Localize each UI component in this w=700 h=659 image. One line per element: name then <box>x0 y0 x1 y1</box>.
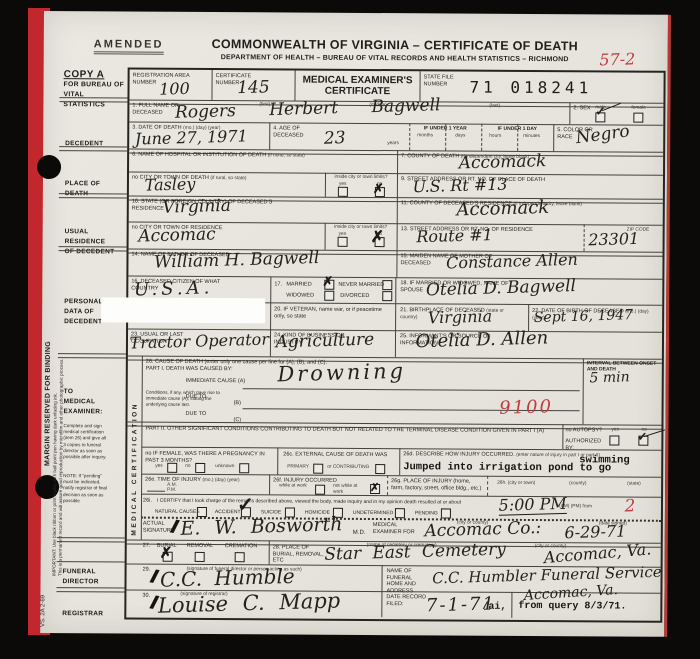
section-to-medical-examiner: TOMEDICALEXAMINER: <box>64 387 103 416</box>
registration-area-value: 100 <box>159 79 190 99</box>
mother-name-value: Constance Allen <box>446 250 578 273</box>
field26g-label: 26g. PLACE OF INJURY (home, farm, factor… <box>391 478 483 492</box>
external-or-contributing: or CONTRIBUTING <box>327 465 369 471</box>
conditions-note: Conditions, if any, which gave rise to i… <box>146 390 232 409</box>
cause-a-value: Drowning <box>277 359 406 387</box>
pregnancy-yes-checkbox <box>167 463 177 473</box>
autopsy-yes-checkbox <box>609 435 619 445</box>
state-file-value: 71 018241 <box>469 78 592 98</box>
cremation-checkbox <box>235 552 245 562</box>
injury-at-work-checkbox <box>315 485 325 495</box>
pregnancy-no-checkbox <box>195 463 205 473</box>
never-married-checkbox <box>382 280 392 290</box>
certificate-paper: MARGIN RESERVED FOR BINDING IMPORTANT: U… <box>40 11 671 637</box>
examiner-date-signed: 6-29-71 <box>564 521 626 542</box>
examiner-signature: E. W. Bosworth <box>180 513 343 540</box>
red-code-annotation: 57-2 <box>599 49 635 69</box>
spouse-name-value: Otelia D. Bagwell <box>426 276 577 300</box>
zip-value: 23301 <box>588 229 639 249</box>
residence-city-value: Accomac <box>138 224 216 246</box>
certificate-subtitle: DEPARTMENT OF HEALTH – BUREAU OF VITAL R… <box>174 54 616 64</box>
examiner-note: Complete and sign medical certification … <box>63 423 107 460</box>
certificate-title: COMMONWEALTH OF VIRGINIA – CERTIFICATE O… <box>194 37 596 53</box>
field4-label: 4. AGE OF DECEASED <box>273 125 323 138</box>
field26i-number: 26i. <box>143 498 152 505</box>
residence-street-value: Route #1 <box>416 225 493 246</box>
field28-label: 28. PLACE OF BURIAL, REMOVAL, ETC <box>273 544 329 564</box>
interval-value: 5 min <box>589 369 630 386</box>
field30-number: 30. <box>142 593 150 600</box>
margin-important-text: IMPORTANT: Use black ribbon or print leg… <box>52 146 67 576</box>
section-personal-data: PERSONALDATA OFDECEDENT <box>64 297 103 326</box>
sex-male-checkmark: ✓ <box>595 105 605 117</box>
field20-label: 20. IF VETERAN, name war, or if peacetim… <box>274 306 384 320</box>
section-usual-residence: USUALRESIDENCEOF DECEDENT <box>65 227 115 257</box>
field26c-label: 26c. EXTERNAL CAUSE OF DEATH WAS <box>283 451 393 458</box>
date-of-birth-value: Sept 16, 1947 <box>534 307 634 326</box>
copy-label: COPY A <box>64 69 128 80</box>
certificate-number-value: 145 <box>237 77 270 98</box>
date-filed-label: DATE RECORD FILED: <box>386 594 428 607</box>
pending-checkbox <box>441 508 451 518</box>
burial-checkmark: ✗ <box>160 546 173 561</box>
external-primary-checkbox <box>313 464 323 474</box>
external-contributing-checkbox <box>375 464 385 474</box>
death-limits-yes-checkbox <box>338 187 348 197</box>
pending-note: NOTE: If "pending" must be indicated, no… <box>63 473 107 504</box>
death-street-value: U.S. Rt #13 <box>412 175 508 197</box>
burial-place-value: Star East Cemetery <box>324 540 506 565</box>
city-of-death-value: Tasley <box>144 174 195 194</box>
divorced-checkbox <box>382 291 392 301</box>
state-file-label: STATE FILE NUMBER <box>424 74 464 87</box>
undetermined-checkbox <box>395 508 405 518</box>
field27-number: 27. <box>143 543 151 550</box>
clerk-initials: /ai, <box>482 602 506 613</box>
widowed-checkbox <box>324 291 334 301</box>
registrar-signature: Louise C. Mapp <box>158 588 341 617</box>
cause-code-red: 9100 <box>499 396 553 419</box>
informant-value: Otelia D. Allen <box>415 327 548 352</box>
removal-checkbox <box>195 552 205 562</box>
injury-description-overflow: swimming <box>579 454 629 466</box>
form-grid: MEDICAL CERTIFICATION REGISTRATION AREA … <box>124 68 665 623</box>
section-registrar: REGISTRAR <box>62 609 103 619</box>
residence-county-value: Accomack <box>456 197 549 221</box>
res-limits-yes-checkbox <box>338 237 348 247</box>
field6-label: 6. NAME OF HOSPITAL OR INSTITUTION OF DE… <box>132 152 322 160</box>
field26a-label: no AUTOPSY? <box>565 427 602 434</box>
medical-certification-label: MEDICAL CERTIFICATION <box>131 402 139 536</box>
death-time-value: 5:00 PM <box>498 494 567 516</box>
section-funeral-director: FUNERALDIRECTOR <box>62 567 98 587</box>
redaction-box <box>101 297 265 323</box>
natural-causes-checkbox <box>197 507 207 517</box>
field29-number: 29. <box>143 567 151 574</box>
certificate-type: MEDICAL EXAMINER'S CERTIFICATE <box>297 75 417 98</box>
part2-label: PART II. OTHER SIGNIFICANT CONDITIONS CO… <box>145 426 545 435</box>
scanned-death-certificate: { "colors":{"binding_strip":"#c1272d","p… <box>0 0 700 659</box>
funeral-home-label: NAME OF FUNERAL HOME AND ADDRESS <box>386 568 428 595</box>
pen-flourish-2 <box>149 569 159 582</box>
examiner-locality-value: Accomac Co.: <box>424 518 541 541</box>
form-code: VS. 2A 2-69 <box>40 595 46 627</box>
field26b-label: no IF FEMALE, WAS THERE A PREGNANCY IN P… <box>145 451 269 465</box>
field26h-label: 26h. (city or town) <box>497 481 535 487</box>
query-note: from query 8/3/71. <box>518 601 626 613</box>
county-of-death-value: Accomack <box>458 151 546 174</box>
field26e-label: 26e. TIME OF INJURY (mo.) (day) (year) <box>145 477 265 484</box>
immediate-cause-label: IMMEDIATE CAUSE (A) <box>186 378 246 385</box>
occupation-value: Tractor Operator <box>129 330 269 353</box>
amended-stamp: AMENDED <box>94 38 164 54</box>
authorized-by-label: AUTHORIZED BY: <box>565 438 605 451</box>
certify-statement: I CERTIFY that I took charge of the rema… <box>157 498 497 506</box>
accident-checkmark: ✓ <box>237 494 254 514</box>
copy-label-block: COPY A FOR BUREAU OF VITAL STATISTICS <box>63 69 127 111</box>
funeral-director-signature: C.C. Humble <box>160 564 295 592</box>
examiner-for-label: MEDICAL EXAMINER FOR <box>373 522 419 535</box>
copy-sub1: FOR BUREAU OF <box>64 80 128 91</box>
margin-important-line2: This is a permanent record and will assu… <box>58 146 67 576</box>
residence-state-value: Virginia <box>162 196 231 218</box>
sex-female-checkbox <box>633 113 643 123</box>
field2-label: 2. SEX <box>573 105 590 112</box>
father-name-value: William H. Bagwell <box>154 248 320 273</box>
age-value: 23 <box>324 128 346 149</box>
business-value: Agriculture <box>275 330 374 353</box>
date-of-death-value: June 27, 1971 <box>135 126 248 148</box>
birthplace-value: Virginia <box>428 307 493 328</box>
red-note-2: 2 <box>624 496 635 516</box>
pregnancy-unknown-checkbox <box>239 463 249 473</box>
